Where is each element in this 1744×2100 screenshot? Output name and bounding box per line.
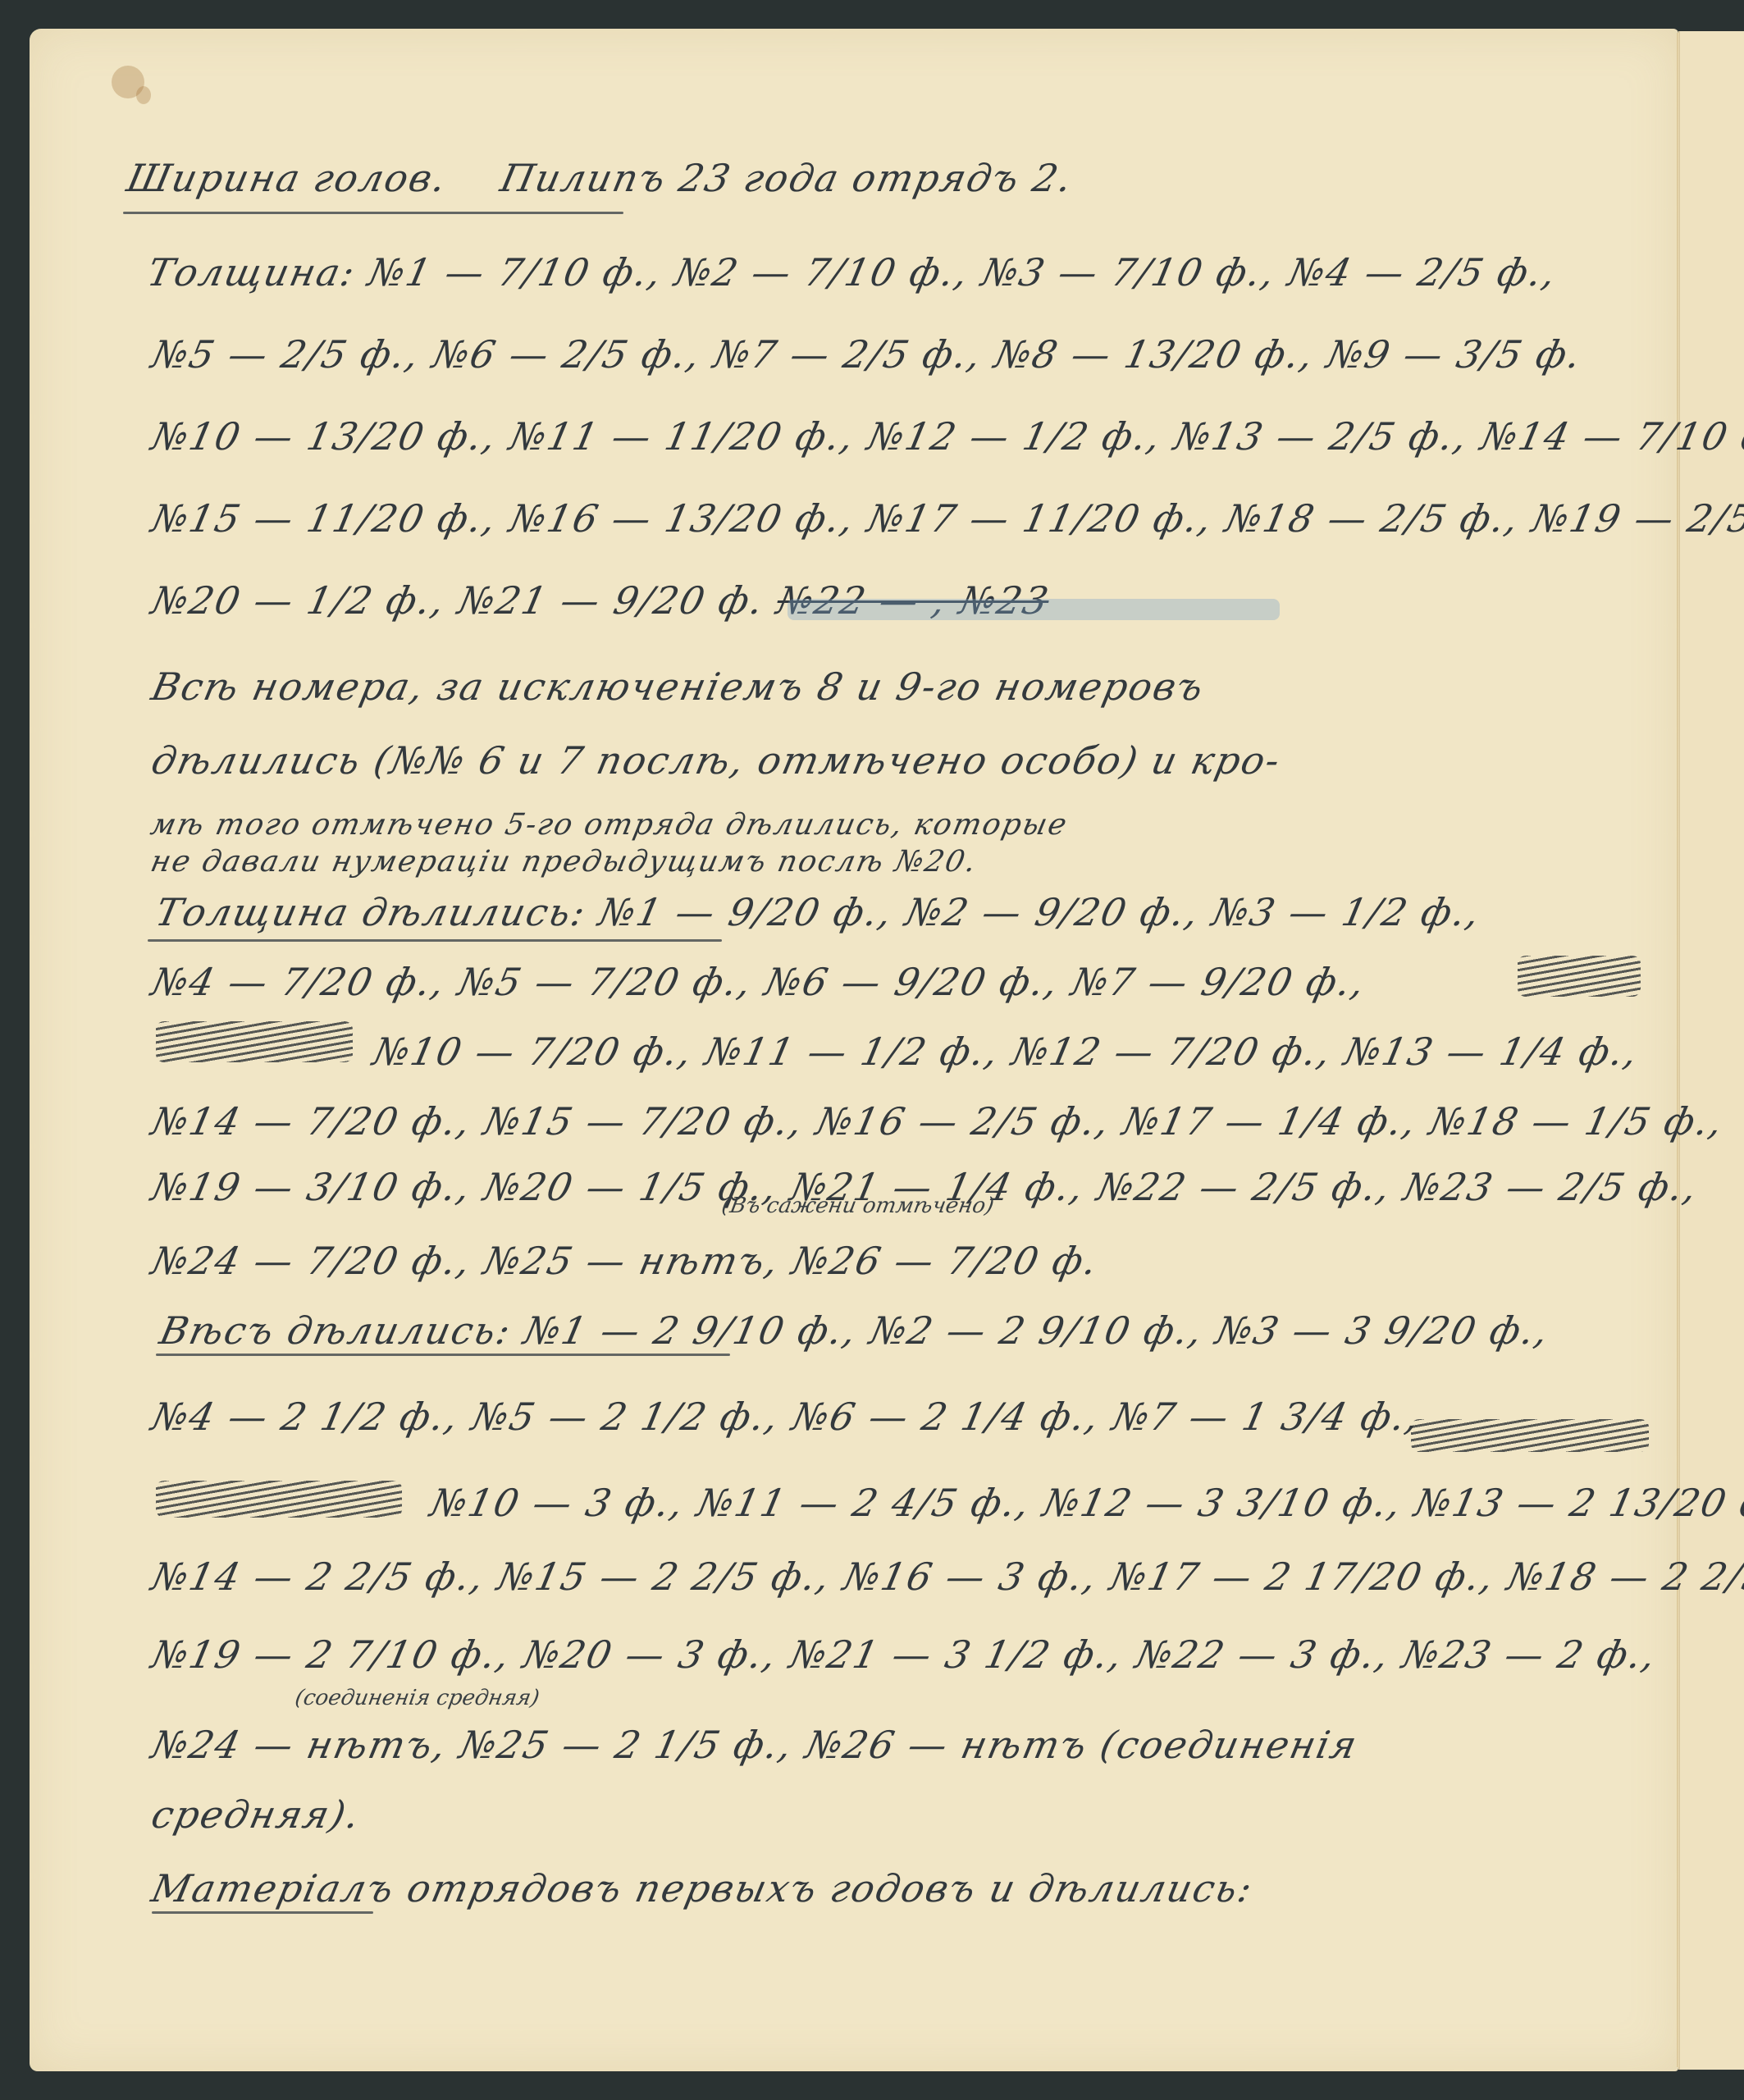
paragraph-line-4: не давали нумерацiи предыдущимъ послѣ №2… xyxy=(148,845,980,879)
header-underline xyxy=(123,212,623,214)
page-fold xyxy=(1677,33,1679,2067)
section1-label: Толщина: xyxy=(144,250,360,294)
section3-line-3: №10 — 3 ф., №11 — 2 4/5 ф., №12 — 3 3/10… xyxy=(427,1481,1744,1525)
section1-line-1: Толщина: №1 — 7/10 ф., №2 — 7/10 ф., №3 … xyxy=(144,250,1561,294)
section2-line-4: №14 — 7/20 ф., №15 — 7/20 ф., №16 — 2/5 … xyxy=(148,1099,1728,1144)
section2-line-3: №10 — 7/20 ф., №11 — 1/2 ф., №12 — 7/20 … xyxy=(369,1029,1643,1074)
section1-line-3: №10 — 13/20 ф., №11 — 11/20 ф., №12 — 1/… xyxy=(148,414,1744,459)
blue-pencil-strike xyxy=(788,599,1280,620)
paper-stain xyxy=(136,86,151,104)
paragraph-line-1: Всѣ номера, за исключеніемъ 8 и 9-го ном… xyxy=(148,664,1208,709)
ink-scribble xyxy=(1518,956,1641,997)
section3-label: Вѣсъ дѣлились: xyxy=(156,1308,516,1353)
section1-line-4: №15 — 11/20 ф., №16 — 13/20 ф., №17 — 11… xyxy=(148,496,1744,541)
section2-annotation: (Въ сажени отмѣчено) xyxy=(719,1194,996,1218)
section3-line-2: №4 — 2 1/2 ф., №5 — 2 1/2 ф., №6 — 2 1/4… xyxy=(148,1395,1425,1439)
header-title: Ширина голов. xyxy=(123,156,451,200)
section1-line-2: №5 — 2/5 ф., №6 — 2/5 ф., №7 — 2/5 ф., №… xyxy=(148,332,1586,377)
ink-scribble xyxy=(156,1021,353,1062)
ink-scribble xyxy=(1411,1419,1649,1452)
section3-line-4: №14 — 2 2/5 ф., №15 — 2 2/5 ф., №16 — 3 … xyxy=(148,1554,1744,1599)
section2-line-6: №24 — 7/20 ф., №25 — нѣтъ, №26 — 7/20 ф. xyxy=(148,1239,1103,1283)
section3-annotation: (соединенія средняя) xyxy=(293,1686,541,1710)
section3-line-7: средняя). xyxy=(148,1792,365,1837)
paragraph-line-3: мѣ того отмѣчено 5-го отряда дѣлились, к… xyxy=(148,808,1071,842)
section2-line-1: Толщина дѣлились: №1 — 9/20 ф., №2 — 9/2… xyxy=(152,890,1485,934)
section3-line-5: №19 — 2 7/10 ф., №20 — 3 ф., №21 — 3 1/2… xyxy=(148,1632,1661,1677)
section3-underline xyxy=(156,1354,730,1356)
closing-line: Матеріалъ отрядовъ первыхъ годовъ и дѣли… xyxy=(148,1866,1258,1911)
header-line: Ширина голов. Пилипъ 23 года отрядъ 2. xyxy=(123,156,1077,200)
paragraph-line-2: дѣлились (№№ 6 и 7 послѣ, отмѣчено особо… xyxy=(148,738,1285,783)
header-subtitle: Пилипъ 23 года отрядъ 2. xyxy=(496,156,1077,200)
adjacent-page-edge xyxy=(1678,31,1744,2070)
section2-line-2: №4 — 7/20 ф., №5 — 7/20 ф., №6 — 9/20 ф.… xyxy=(148,960,1370,1004)
section2-label: Толщина дѣлились: xyxy=(152,890,591,934)
ink-scribble xyxy=(156,1481,402,1518)
section2-underline xyxy=(148,939,722,942)
section3-line-1: Вѣсъ дѣлились: №1 — 2 9/10 ф., №2 — 2 9/… xyxy=(156,1308,1554,1353)
closing-underline xyxy=(152,1911,373,1914)
section3-line-6: №24 — нѣтъ, №25 — 2 1/5 ф., №26 — нѣтъ (… xyxy=(148,1723,1362,1767)
